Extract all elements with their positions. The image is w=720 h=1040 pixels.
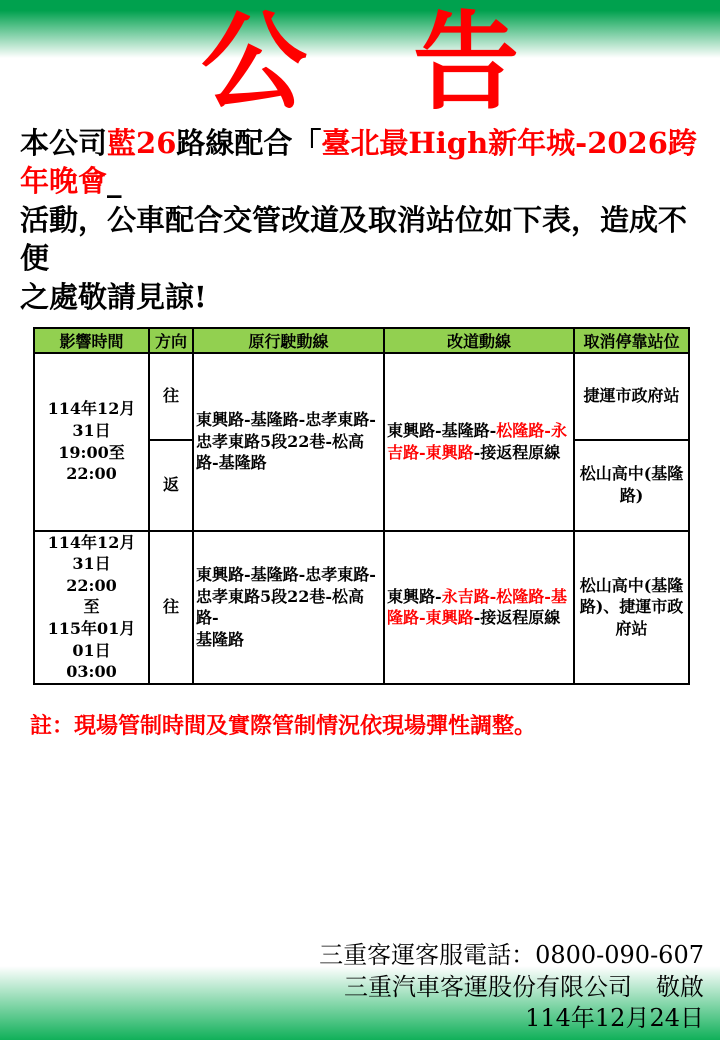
table-header-row: 影響時間 方向 原行駛動線 改道動線 取消停靠站位 (34, 328, 689, 353)
cell-diverted-route-2: 東興路-永吉路-松隆路-基 隆路-東興路-接返程原線 (384, 531, 574, 684)
cell-time-period-2: 114年12月31日 22:00 至 115年01月01日 03:00 (34, 531, 149, 684)
announcement-page: 公 告 本公司藍26路線配合「臺北最High新年城-2026跨年晚會_ 活動，公… (0, 0, 720, 1040)
cell-original-route-1: 東興路-基隆路-忠孝東路- 忠孝東路5段22巷-松高 路-基隆路 (193, 353, 384, 531)
col-header-direction: 方向 (149, 328, 193, 353)
footer-company-line: 三重汽車客運股份有限公司 敬啟 (319, 972, 704, 1004)
table-row: 114年12月31日 19:00至22:00 往 東興路-基隆路-忠孝東路- 忠… (34, 353, 689, 440)
col-header-diverted-route: 改道動線 (384, 328, 574, 353)
note-text: 註：現場管制時間及實際管制情況依現場彈性調整。 (30, 709, 720, 740)
cell-cancelled-stop-outbound: 捷運市政府站 (574, 353, 689, 440)
cell-cancelled-stops-2: 松山高中(基隆 路)、捷運市政 府站 (574, 531, 689, 684)
col-header-original-route: 原行駛動線 (193, 328, 384, 353)
footer-phone-line: 三重客運客服電話：0800-090-607 (319, 940, 704, 972)
cell-diverted-route-1: 東興路-基隆路-松隆路-永 吉路-東興路-接返程原線 (384, 353, 574, 531)
route-change-table: 影響時間 方向 原行駛動線 改道動線 取消停靠站位 114年12月31日 19:… (33, 327, 690, 685)
col-header-affected-time: 影響時間 (34, 328, 149, 353)
intro-paragraph: 本公司藍26路線配合「臺北最High新年城-2026跨年晚會_ 活動，公車配合交… (20, 124, 700, 317)
cell-time-period-1: 114年12月31日 19:00至22:00 (34, 353, 149, 531)
footer: 三重客運客服電話：0800-090-607 三重汽車客運股份有限公司 敬啟 11… (319, 940, 704, 1035)
cell-direction-2: 往 (149, 531, 193, 684)
col-header-cancelled-stops: 取消停靠站位 (574, 328, 689, 353)
table-row: 114年12月31日 22:00 至 115年01月01日 03:00 往 東興… (34, 531, 689, 684)
page-title: 公 告 (0, 0, 720, 122)
cell-cancelled-stop-return: 松山高中(基隆 路) (574, 440, 689, 531)
cell-direction-return: 返 (149, 440, 193, 531)
cell-original-route-2: 東興路-基隆路-忠孝東路- 忠孝東路5段22巷-松高路- 基隆路 (193, 531, 384, 684)
cell-direction-outbound: 往 (149, 353, 193, 440)
footer-date-line: 114年12月24日 (319, 1003, 704, 1035)
